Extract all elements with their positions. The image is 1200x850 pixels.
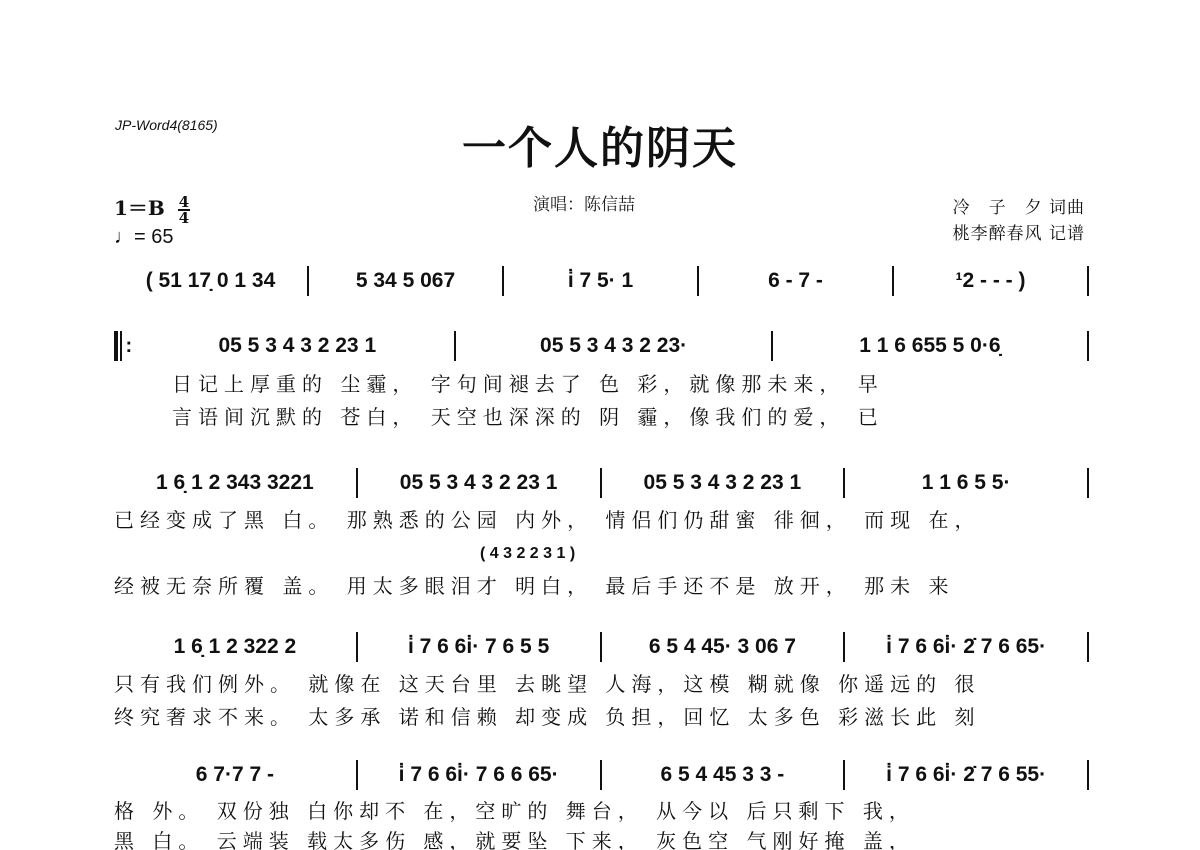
measure: i̇ 7 6 6i̇· 2̇ 7 6 65· bbox=[845, 632, 1087, 662]
measure: 05 5 3 4 3 2 23 1 bbox=[602, 468, 844, 498]
measure: 5 34 5 067 bbox=[309, 266, 502, 296]
key-label: 1＝B bbox=[114, 196, 165, 220]
measure: 05 5 3 4 3 2 23 1 bbox=[140, 331, 454, 361]
measure: 6 7·7 7 - bbox=[114, 760, 356, 790]
notation-system-3: 1 6̣ 1 2 343 3221 05 5 3 4 3 2 23 1 05 5… bbox=[114, 468, 1089, 498]
transcriber: 桃李醉春风 记谱 bbox=[953, 221, 1085, 247]
measure: i̇ 7 6 6i̇· 7 6 5 5 bbox=[358, 632, 600, 662]
credits: 冷 子 夕 词曲 桃李醉春风 记谱 bbox=[953, 195, 1085, 247]
lyrics-verse-1: 日记上厚重的 尘霾， 字句间褪去了 色 彩，就像那未来， 早 bbox=[114, 370, 1147, 398]
measure: 6 5 4 45· 3 06 7 bbox=[602, 632, 844, 662]
lyrics-verse-1: 只有我们例外。 就像在 这天台里 去眺望 人海，这模 糊就像 你遥远的 很 bbox=[114, 670, 1089, 698]
lyrics-verse-2: 经被无奈所覆 盖。 用太多眼泪才 明白， 最后手还不是 放开， 那未 来 bbox=[114, 572, 1089, 600]
measure: 1 6̣ 1 2 322 2 bbox=[114, 632, 356, 662]
measure: 6 5 4 45 3 3 - bbox=[602, 760, 844, 790]
measure: i̇ 7 6 6i̇· 7 6 6 65· bbox=[358, 760, 600, 790]
measure: 6 - 7 - bbox=[699, 266, 892, 296]
measure: ¹2 - - - ) bbox=[894, 266, 1087, 296]
barline bbox=[1087, 331, 1089, 361]
start-repeat-sign: : bbox=[114, 331, 132, 361]
measure: 05 5 3 4 3 2 23· bbox=[456, 331, 770, 361]
measure: 1 6̣ 1 2 343 3221 bbox=[114, 468, 356, 498]
time-signature: 4 4 bbox=[178, 195, 190, 225]
singer-credit: 演唱：陈信喆 bbox=[533, 190, 635, 215]
measure: 1 1 6 5 5· bbox=[845, 468, 1087, 498]
lyrics-verse-1: 已经变成了黑 白。 那熟悉的公园 内外， 情侣们仍甜蜜 徘徊， 而现 在， bbox=[114, 506, 1089, 534]
tempo-marking: ♩= 65 bbox=[114, 226, 173, 249]
notation-system-1: ( 51 17̣ 0 1 34 5 34 5 067 i̇ 7 5· 1 6 -… bbox=[114, 266, 1089, 296]
measure: 05 5 3 4 3 2 23 1 bbox=[358, 468, 600, 498]
alternate-notes: ( 4 3 2 2 3 1 ) bbox=[480, 545, 575, 563]
notation-system-2: : 05 5 3 4 3 2 23 1 05 5 3 4 3 2 23· 1 1… bbox=[114, 331, 1089, 361]
barline bbox=[1087, 468, 1089, 498]
barline bbox=[1087, 760, 1089, 790]
barline bbox=[1087, 266, 1089, 296]
barline bbox=[1087, 632, 1089, 662]
time-denominator: 4 bbox=[179, 209, 189, 227]
notation-system-5: 6 7·7 7 - i̇ 7 6 6i̇· 7 6 6 65· 6 5 4 45… bbox=[114, 760, 1089, 790]
song-title: 一个人的阴天 bbox=[0, 112, 1200, 176]
lyrics-verse-2: 终究奢求不来。 太多承 诺和信赖 却变成 负担，回忆 太多色 彩滋长此 刻 bbox=[114, 703, 1089, 731]
measure: 1 1 6 655 5 0·6̣ bbox=[773, 331, 1087, 361]
notation-system-4: 1 6̣ 1 2 322 2 i̇ 7 6 6i̇· 7 6 5 5 6 5 4… bbox=[114, 632, 1089, 662]
key-signature: 1＝B 4 4 bbox=[114, 192, 190, 225]
measure: ( 51 17̣ 0 1 34 bbox=[114, 266, 307, 296]
measure: i̇ 7 5· 1 bbox=[504, 266, 697, 296]
lyricist-composer: 冷 子 夕 词曲 bbox=[953, 195, 1085, 221]
lyrics-verse-2: 言语间沉默的 苍白， 天空也深深的 阴 霾，像我们的爱， 已 bbox=[114, 403, 1147, 431]
measure: i̇ 7 6 6i̇· 2̇ 7 6 55· bbox=[845, 760, 1087, 790]
lyrics-verse-2: 黑 白。 云端装 载太多伤 感，就要坠 下来， 灰色空 气刚好掩 盖， bbox=[114, 827, 1089, 850]
lyrics-verse-1: 格 外。 双份独 白你却不 在，空旷的 舞台， 从今以 后只剩下 我， bbox=[114, 797, 1089, 825]
